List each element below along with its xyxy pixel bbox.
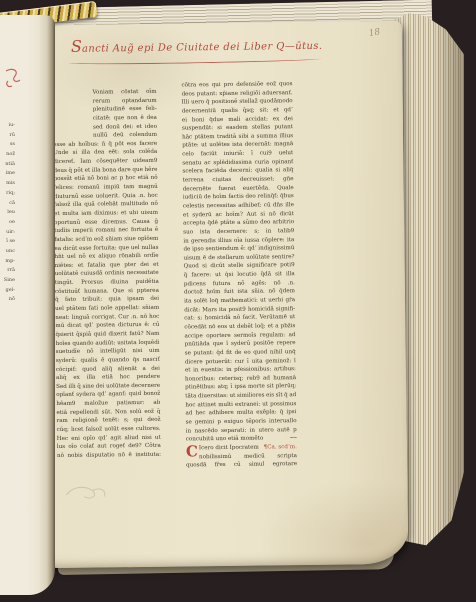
rubricated-title: Sancti Aug̃ epi De Ciuitate dei Liber Q—… (71, 35, 339, 58)
text-fragment: cā (1, 199, 15, 209)
red-flourish-left-page (3, 67, 23, 89)
text-fragment: gel- (1, 286, 15, 296)
chapter-rubric: ¶Ca. scdʼm. (264, 443, 297, 452)
title-underline-flourish (69, 56, 321, 65)
text-fragment: ss (1, 140, 15, 150)
left-column-body: esse ab hoībus: n̄ q̄ pōt eos facere fel… (53, 140, 161, 461)
text-line: nō nobis disputatio nō ē instituta: sed (57, 451, 161, 461)
text-fragment: oe (1, 218, 15, 228)
lombard-initial-C: C (186, 444, 199, 461)
text-line: quosdā fr̄es cū simul egrotare cepissent… (186, 460, 297, 470)
red-line-filler: ~~ (289, 434, 296, 443)
book-photograph: iu-rūssnoz̃ntiāimemisriq;cāleuoeuir:ī se… (0, 0, 476, 602)
text-line: Voniam cōstat oīm (92, 88, 156, 97)
manuscript-page: Sancti Aug̃ epi De Ciuitate dei Liber Q—… (39, 21, 409, 568)
text-column-right: cōtra eos qui pro defensiōe eoz̃ quosdeo… (181, 80, 297, 470)
text-fragment: uir: (1, 228, 15, 238)
text-fragment: nō (1, 295, 15, 305)
text-fragment: Sine (1, 276, 15, 286)
text-fragment: ntiā (1, 160, 15, 170)
chapter-two-start: C Icero dicit Ipocratem ¶Ca. scdʼm. nobi… (186, 443, 297, 470)
show-through-mark (62, 482, 108, 503)
text-fragment: rrā (1, 266, 15, 276)
left-page-stack: iu-rūssnoz̃ntiāimemisriq;cāleuoeuir:ī se… (0, 15, 55, 595)
text-fragment: leu (1, 208, 15, 218)
text-fragment: rū (1, 131, 15, 141)
text-column-left: Voniam cōstat oīmrerum optandarumplenitu… (52, 88, 161, 461)
opening-indented-block: Voniam cōstat oīmrerum optandarumplenitu… (52, 88, 157, 141)
text-fragment: iu- (1, 121, 15, 131)
right-column-body: cōtra eos qui pro defensiōe eoz̃ quosdeo… (181, 80, 296, 436)
text-line: Icero dicit Ipocratem (199, 443, 259, 452)
text-fragment: mp- (1, 257, 15, 267)
text-fragment: unc (1, 247, 15, 257)
folio-number: 18 (368, 27, 381, 39)
text-line: citatē: que non ē dea (93, 114, 157, 123)
text-fragment: riq; (1, 189, 15, 199)
text-fragment: noz̃ (1, 150, 15, 160)
text-fragment: mis (1, 179, 15, 189)
text-fragment: ime (1, 169, 15, 179)
facing-page-text-fragments: iu-rūssnoz̃ntiāimemisriq;cāleuoeuir:ī se… (1, 121, 15, 305)
text-fragment: ī se (1, 237, 15, 247)
